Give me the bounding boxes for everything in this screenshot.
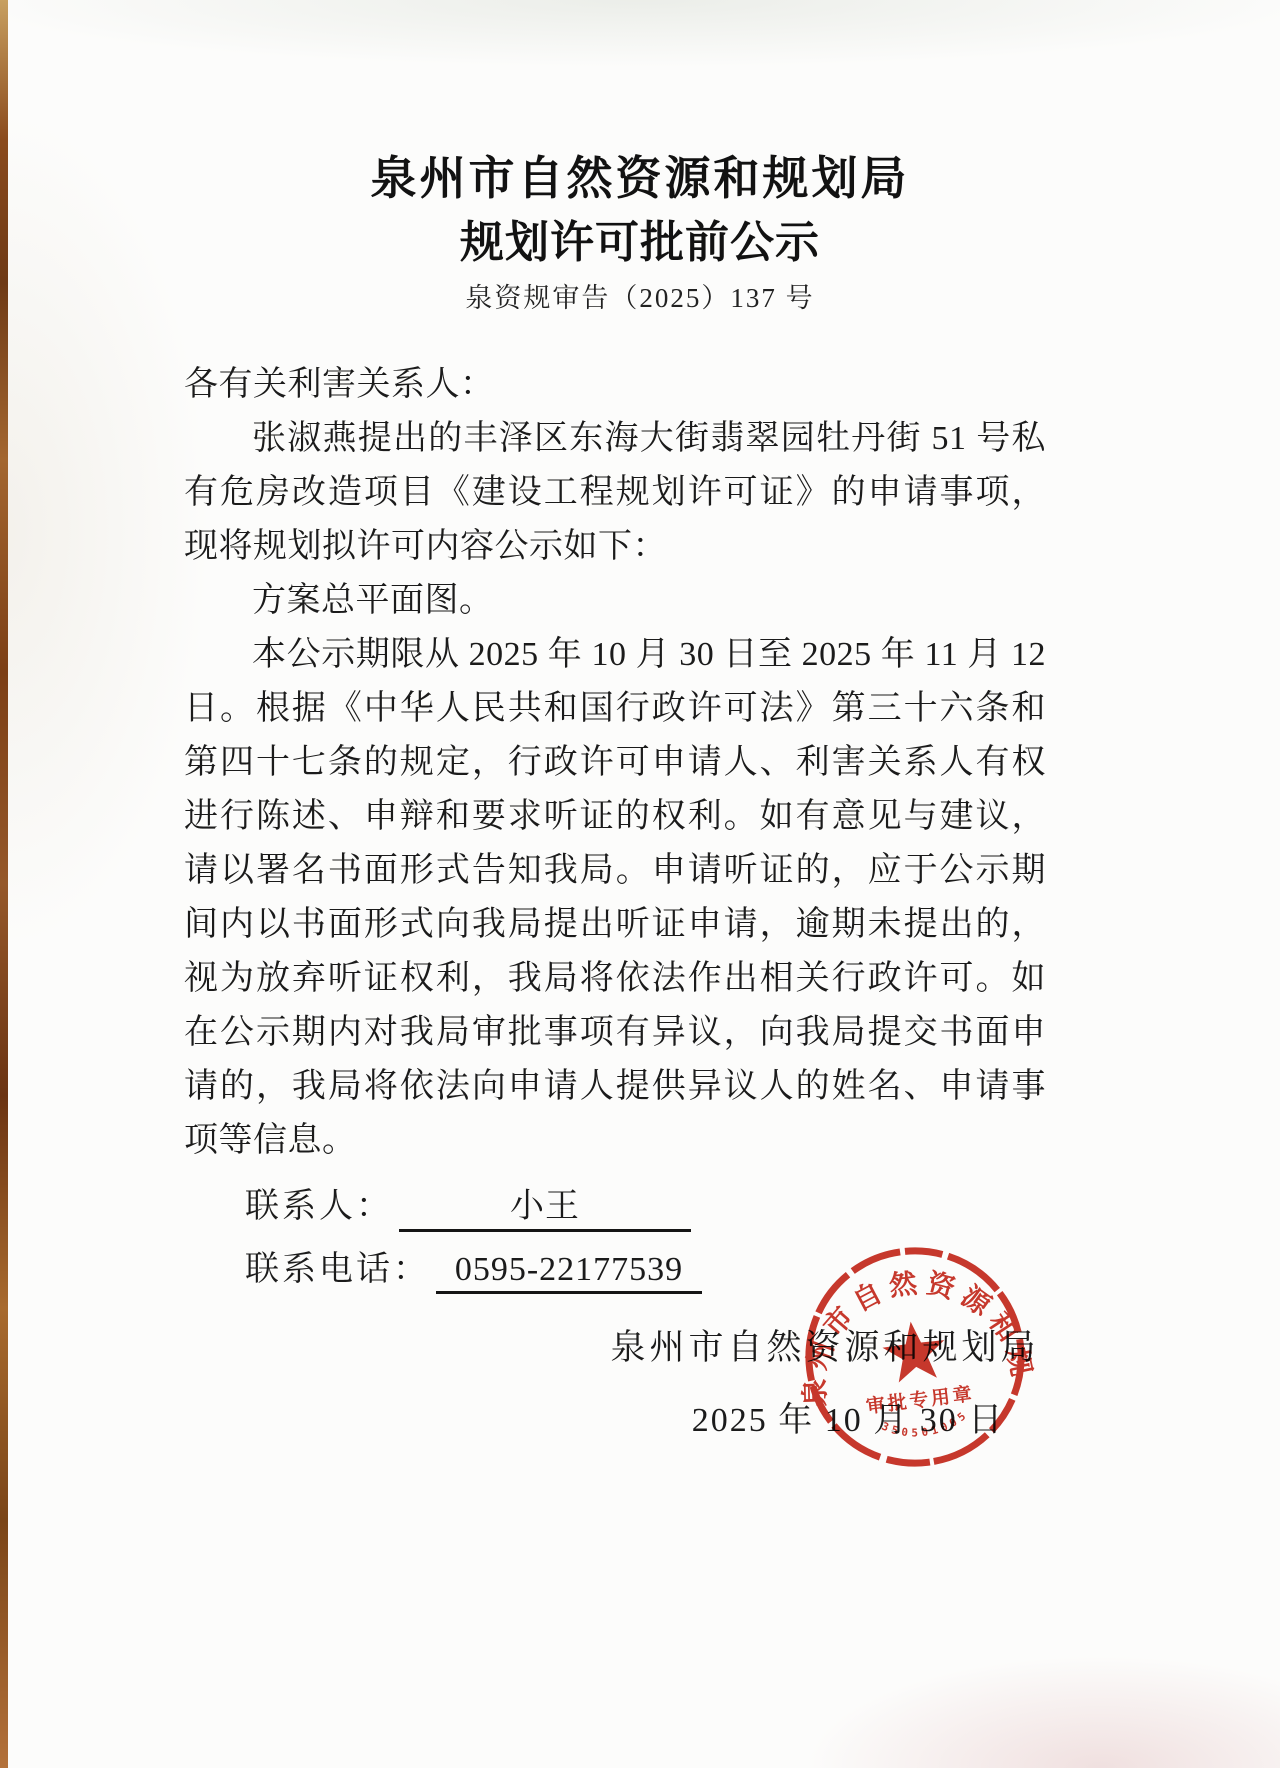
seal-star-icon: [880, 1318, 949, 1384]
document-number: 泉资规审告（2025）137 号: [0, 276, 1280, 315]
salutation: 各有关利害关系人：: [184, 358, 1046, 412]
contact-person-value: 小王: [399, 1178, 691, 1232]
paragraph-plan: 方案总平面图。: [184, 574, 1046, 628]
document-photo-background: 泉州市自然资源和规划局 规划许可批前公示 泉资规审告（2025）137 号 各有…: [0, 0, 1280, 1768]
official-seal: 泉州市自然资源和规划局 审批专用章 3505010057662: [782, 1224, 1047, 1489]
paragraph-period-and-rights: 本公示期限从 2025 年 10 月 30 日至 2025 年 11 月 12 …: [184, 628, 1046, 1168]
document-title-agency: 泉州市自然资源和规划局: [0, 142, 1280, 208]
paragraph-application: 张淑燕提出的丰泽区东海大街翡翠园牡丹街 51 号私有危房改造项目《建设工程规划许…: [184, 412, 1046, 574]
document-body: 各有关利害关系人： 张淑燕提出的丰泽区东海大街翡翠园牡丹街 51 号私有危房改造…: [184, 358, 1046, 1168]
contact-phone-row: 联系电话： 0595-22177539: [245, 1241, 702, 1304]
contact-block: 联系人： 小王 联系电话： 0595-22177539: [245, 1178, 702, 1304]
contact-phone-value: 0595-22177539: [436, 1251, 702, 1294]
contact-person-row: 联系人： 小王: [245, 1178, 702, 1241]
contact-person-label: 联系人：: [245, 1178, 393, 1227]
document-title-notice: 规划许可批前公示: [0, 206, 1280, 270]
contact-phone-label: 联系电话：: [245, 1241, 430, 1290]
